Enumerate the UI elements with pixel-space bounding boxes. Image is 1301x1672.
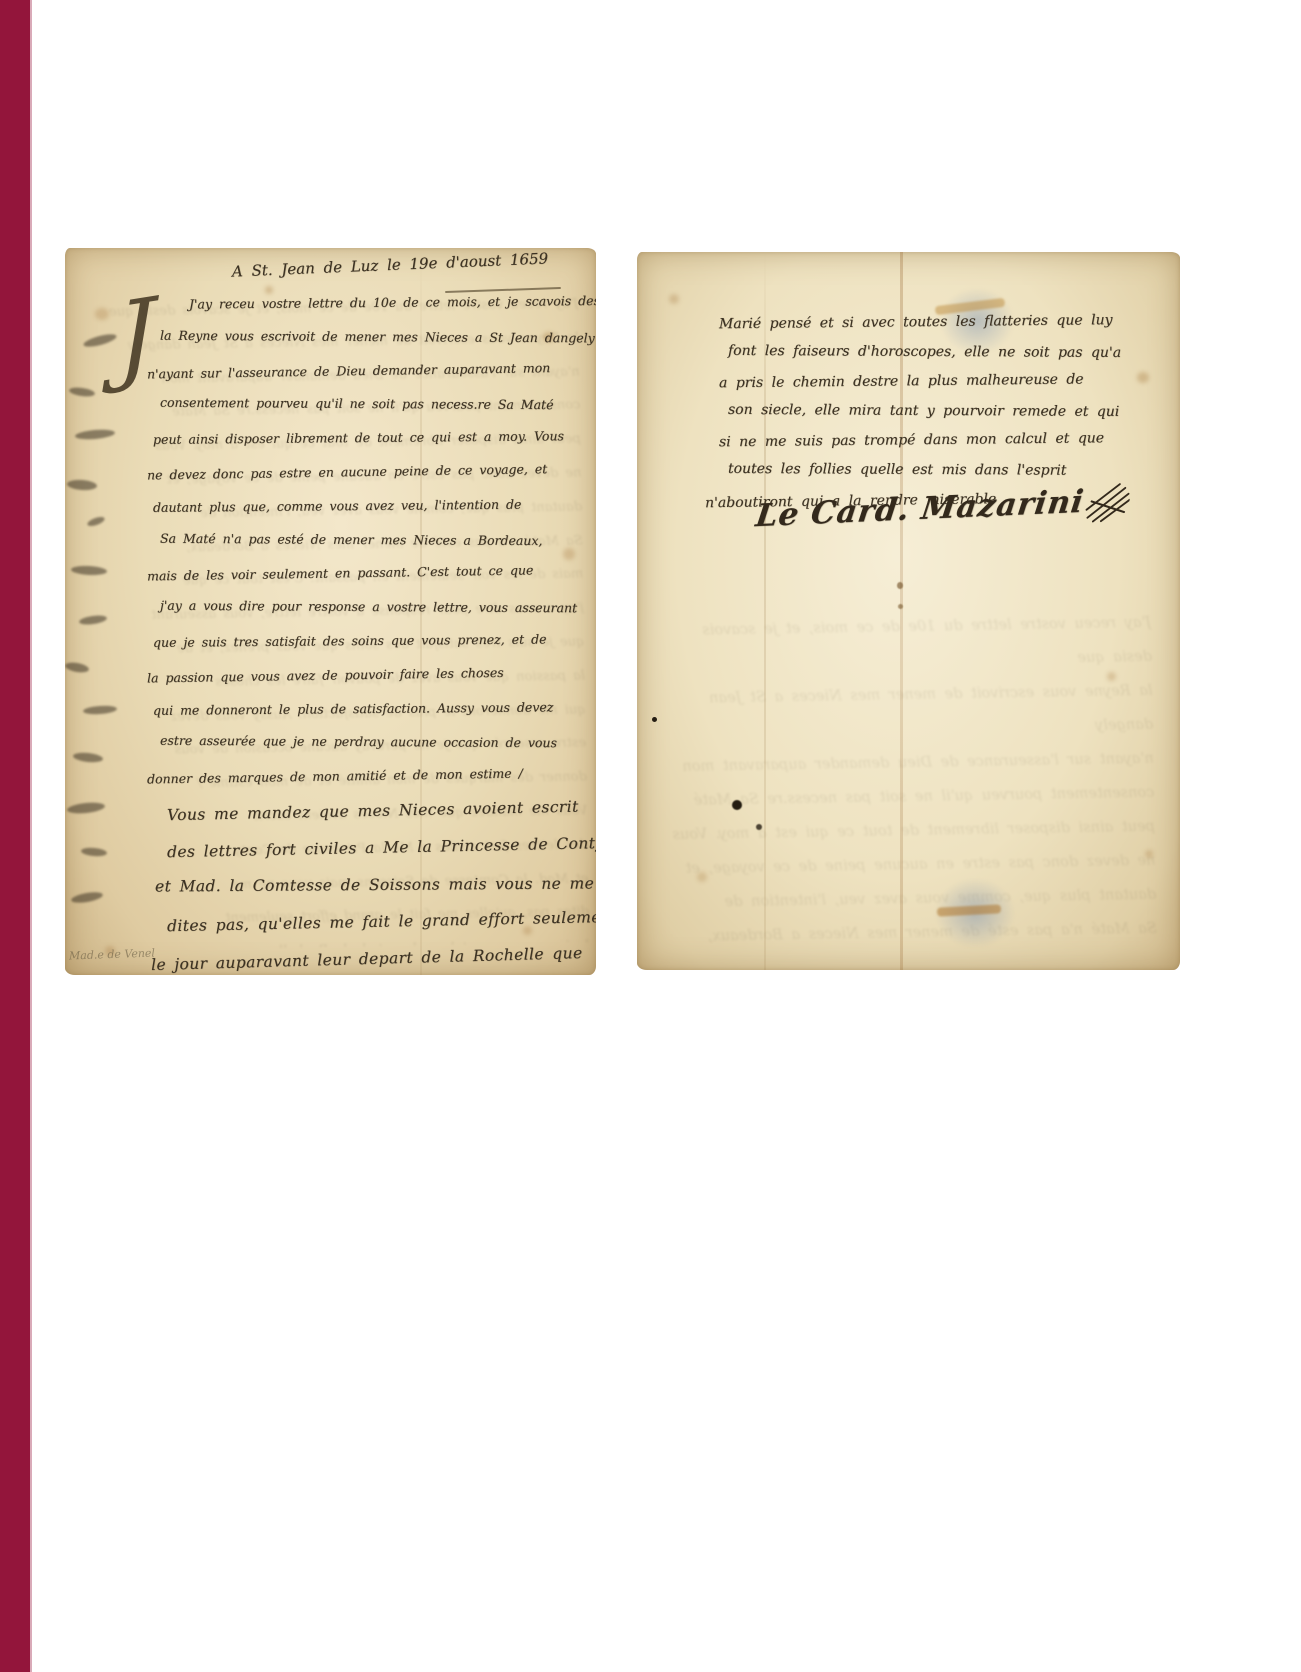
ink-bleed-mark [79, 614, 108, 626]
handwriting-line: consentement pourveu qu'il ne soit pas n… [160, 386, 590, 422]
handwriting-line: et Mad. la Comtesse de Soissons mais vou… [155, 865, 585, 905]
ink-bleed-mark [69, 386, 96, 398]
stain [935, 878, 1015, 948]
handwriting-line: si ne me suis pas trompé dans mon calcul… [719, 424, 1159, 458]
ink-blot [756, 824, 762, 830]
handwriting-line: a pris le chemin destre la plus malheure… [719, 365, 1159, 399]
handwriting-line: son siecle, elle mira tant y pourvoir re… [728, 396, 1168, 428]
handwriting-line: consentement pourveu qu'il ne soit pas n… [662, 776, 1155, 819]
handwriting-line: j'ay a vous dire pour response a vostre … [160, 589, 590, 625]
handwriting-line: n'ayant sur l'asseurance de Dieu demande… [661, 742, 1154, 785]
handwriting-line: Sa Maté n'a pas esté de mener mes Nieces… [160, 521, 590, 557]
handwriting-line: font les faiseurs d'horoscopes, elle ne … [728, 336, 1168, 368]
ink-bleed-mark [83, 705, 117, 715]
ink-blot [732, 800, 742, 810]
handwriting-line: n'ayant sur l'asseurance de Dieu demande… [147, 350, 577, 391]
ink-blot [652, 717, 657, 722]
stain-streak [937, 904, 1001, 916]
handwriting-line: la passion que vous avez de pouvoir fair… [147, 654, 577, 695]
handwriting-line: peut ainsi disposer librement de tout ce… [663, 810, 1156, 853]
foxing-spot [1107, 672, 1116, 681]
handwriting-line: J'ay receu vostre lettre du 10e de ce mo… [659, 606, 1152, 683]
foxing-spot [1145, 850, 1153, 858]
handwriting-line: estre asseurée que je ne perdray aucune … [160, 724, 590, 760]
letter-dateline: A St. Jean de Luz le 19e d'aoust 1659 [195, 248, 585, 282]
handwriting-line: la Reyne vous escrivoit de mener mes Nie… [660, 674, 1153, 751]
handwriting-line: mais de les voir seulement en passant. C… [665, 946, 1157, 951]
handwriting-line: J'ay receu vostre lettre du 10e de ce mo… [153, 284, 583, 322]
ink-bleed-mark [67, 479, 98, 491]
foxing-spot [697, 872, 707, 882]
handwriting-line: dautant plus que, comme vous avez veu, l… [153, 487, 583, 525]
handwriting-line: que je suis tres satisfait des soins que… [153, 622, 583, 660]
ink-bleed-mark [82, 332, 117, 349]
handwriting-line: Marié pensé et si avec toutes les flatte… [719, 306, 1159, 340]
foxing-spot [95, 308, 109, 320]
spine-accent-bar [0, 0, 32, 1672]
handwriting-line: qui me donneront le plus de satisfaction… [153, 690, 583, 728]
ink-bleed-mark [71, 565, 107, 576]
handwriting-line: Sa Maté n'a pas esté de mener mes Nieces… [664, 912, 1156, 951]
handwriting-line: dautant plus que, comme vous avez veu, l… [664, 878, 1157, 921]
paraph-flourish-icon [1082, 482, 1132, 532]
letter-body-text: J'ay receu vostre lettre du 10e de ce mo… [153, 286, 583, 975]
ink-bleed-mark [81, 847, 108, 857]
ink-bleed-mark [70, 890, 103, 904]
handwriting-line: la Reyne vous escrivoit de mener mes Nie… [160, 319, 590, 355]
ink-bleed-mark [73, 751, 104, 763]
crease-stain [898, 604, 903, 609]
ink-bleed-mark [75, 428, 116, 440]
crease-stain [897, 582, 903, 589]
foxing-spot [669, 294, 679, 304]
handwriting-line: des lettres fort civiles a Me la Princes… [167, 825, 596, 871]
ink-bleed-mark [67, 801, 106, 815]
bleed-through-layer: J'ay receu vostre lettre du 10e de ce mo… [659, 606, 1157, 951]
handwriting-line: ne devez donc pas estre en aucune peine … [147, 452, 577, 493]
archivist-annotation: Mad.e de Venel [69, 947, 155, 963]
manuscript-page-recto: J'ay receu vostre lettre du 10e de ce mo… [65, 248, 596, 975]
handwriting-line: ne devez donc pas estre en aucune peine … [663, 844, 1156, 887]
handwriting-line: peut ainsi disposer librement de tout ce… [153, 419, 583, 457]
manuscript-page-verso: J'ay receu vostre lettre du 10e de ce mo… [637, 252, 1180, 970]
handwriting-line: mais de les voir seulement en passant. C… [147, 553, 577, 594]
ink-bleed-mark [86, 515, 105, 528]
ink-bleed-mark [65, 661, 90, 674]
